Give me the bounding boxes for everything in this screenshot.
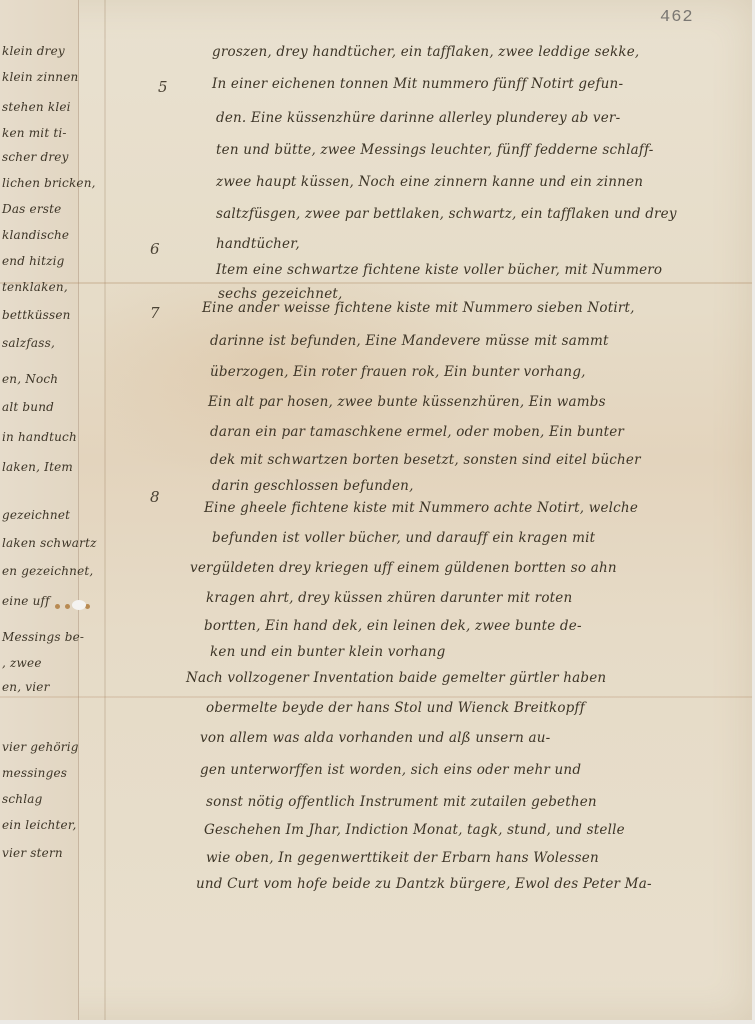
text-line: befunden ist voller bücher, und darauff … <box>212 530 595 546</box>
fragment-line: klein drey <box>2 44 65 58</box>
fragment-line: tenklaken, <box>2 280 68 294</box>
margin-number-7: 7 <box>150 304 160 322</box>
fragment-line: schlag <box>2 792 42 806</box>
fragment-line: laken schwartz <box>2 536 97 550</box>
text-line: Geschehen Im Jhar, Indiction Monat, tagk… <box>204 822 625 838</box>
text-line: sonst nötig offentlich Instrument mit zu… <box>206 794 597 810</box>
manuscript-page: 462 5 6 7 8 groszen, drey handtücher, ei… <box>0 0 752 1020</box>
text-line: Eine ander weisse fichtene kiste mit Num… <box>202 300 635 316</box>
text-line: handtücher, <box>216 236 300 252</box>
text-line: zwee haupt küssen, Noch eine zinnern kan… <box>216 174 643 190</box>
fragment-line: , zwee <box>2 656 42 670</box>
text-line: saltzfüsgen, zwee par bettlaken, schwart… <box>216 206 677 222</box>
text-line: daran ein par tamaschkene ermel, oder mo… <box>210 424 624 440</box>
fragment-line: stehen klei <box>2 100 71 114</box>
fragment-line: alt bund <box>2 400 54 414</box>
fragment-line: vier gehörig <box>2 740 79 754</box>
margin-number-8: 8 <box>150 488 160 506</box>
text-line: und Curt vom hofe beide zu Dantzk bürger… <box>196 876 652 892</box>
fragment-line: end hitzig <box>2 254 65 268</box>
horizontal-fold-crease-lower <box>0 696 752 698</box>
text-line: Item eine schwartze fichtene kiste volle… <box>216 262 662 278</box>
text-line: Eine gheele fichtene kiste mit Nummero a… <box>204 500 638 516</box>
fragment-line: klein zinnen <box>2 70 78 84</box>
fragment-line: klandische <box>2 228 69 242</box>
text-line: Nach vollzogener Inventation baide gemel… <box>186 670 606 686</box>
text-line: bortten, Ein hand dek, ein leinen dek, z… <box>204 618 582 634</box>
text-line: ten und bütte, zwee Messings leuchter, f… <box>216 142 654 158</box>
margin-number-6: 6 <box>150 240 160 258</box>
fragment-line: vier stern <box>2 846 63 860</box>
text-line: von allem was alda vorhanden und alß uns… <box>200 730 550 746</box>
fragment-line: gezeichnet <box>2 508 70 522</box>
fragment-line: ein leichter, <box>2 818 76 832</box>
text-line: darinne ist befunden, Eine Mandevere müs… <box>210 333 609 349</box>
fragment-line: en, Noch <box>2 372 58 386</box>
fragment-line: en, vier <box>2 680 50 694</box>
fragment-line: scher drey <box>2 150 69 164</box>
text-line: darin geschlossen befunden, <box>212 478 414 494</box>
fragment-line: eine uff <box>2 594 50 608</box>
fragment-line: laken, Item <box>2 460 73 474</box>
text-line: überzogen, Ein roter frauen rok, Ein bun… <box>210 364 586 380</box>
fragment-line: en gezeichnet, <box>2 564 93 578</box>
text-line: wie oben, In gegenwerttikeit der Erbarn … <box>206 850 599 866</box>
margin-number-5: 5 <box>158 78 168 96</box>
text-line: gen unterworffen ist worden, sich eins o… <box>200 762 581 778</box>
text-line: vergüldeten drey kriegen uff einem gülde… <box>190 560 617 576</box>
text-line: groszen, drey handtücher, ein tafflaken,… <box>212 44 639 60</box>
text-line: den. Eine küssenzhüre darinne allerley p… <box>216 110 620 126</box>
text-line: In einer eichenen tonnen Mit nummero fün… <box>212 76 623 92</box>
page-number: 462 <box>660 8 694 27</box>
fragment-line: bettküssen <box>2 308 71 322</box>
fragment-line: in handtuch <box>2 430 77 444</box>
fragment-line: lichen bricken, <box>2 176 96 190</box>
text-line: kragen ahrt, drey küssen zhüren darunter… <box>206 590 572 606</box>
text-line: ken und ein bunter klein vorhang <box>210 644 445 660</box>
text-line: Ein alt par hosen, zwee bunte küssenzhür… <box>208 394 606 410</box>
text-line: obermelte beyde der hans Stol und Wienck… <box>206 700 585 716</box>
fragment-line: messinges <box>2 766 67 780</box>
fragment-line: salzfass, <box>2 336 55 350</box>
fragment-line: Messings be- <box>2 630 84 644</box>
fragment-line: ken mit ti- <box>2 126 67 140</box>
text-line: dek mit schwartzen borten besetzt, sonst… <box>210 452 641 468</box>
paper-hole <box>72 600 86 610</box>
fragment-line: Das erste <box>2 202 61 216</box>
vertical-fold-crease <box>104 0 106 1020</box>
